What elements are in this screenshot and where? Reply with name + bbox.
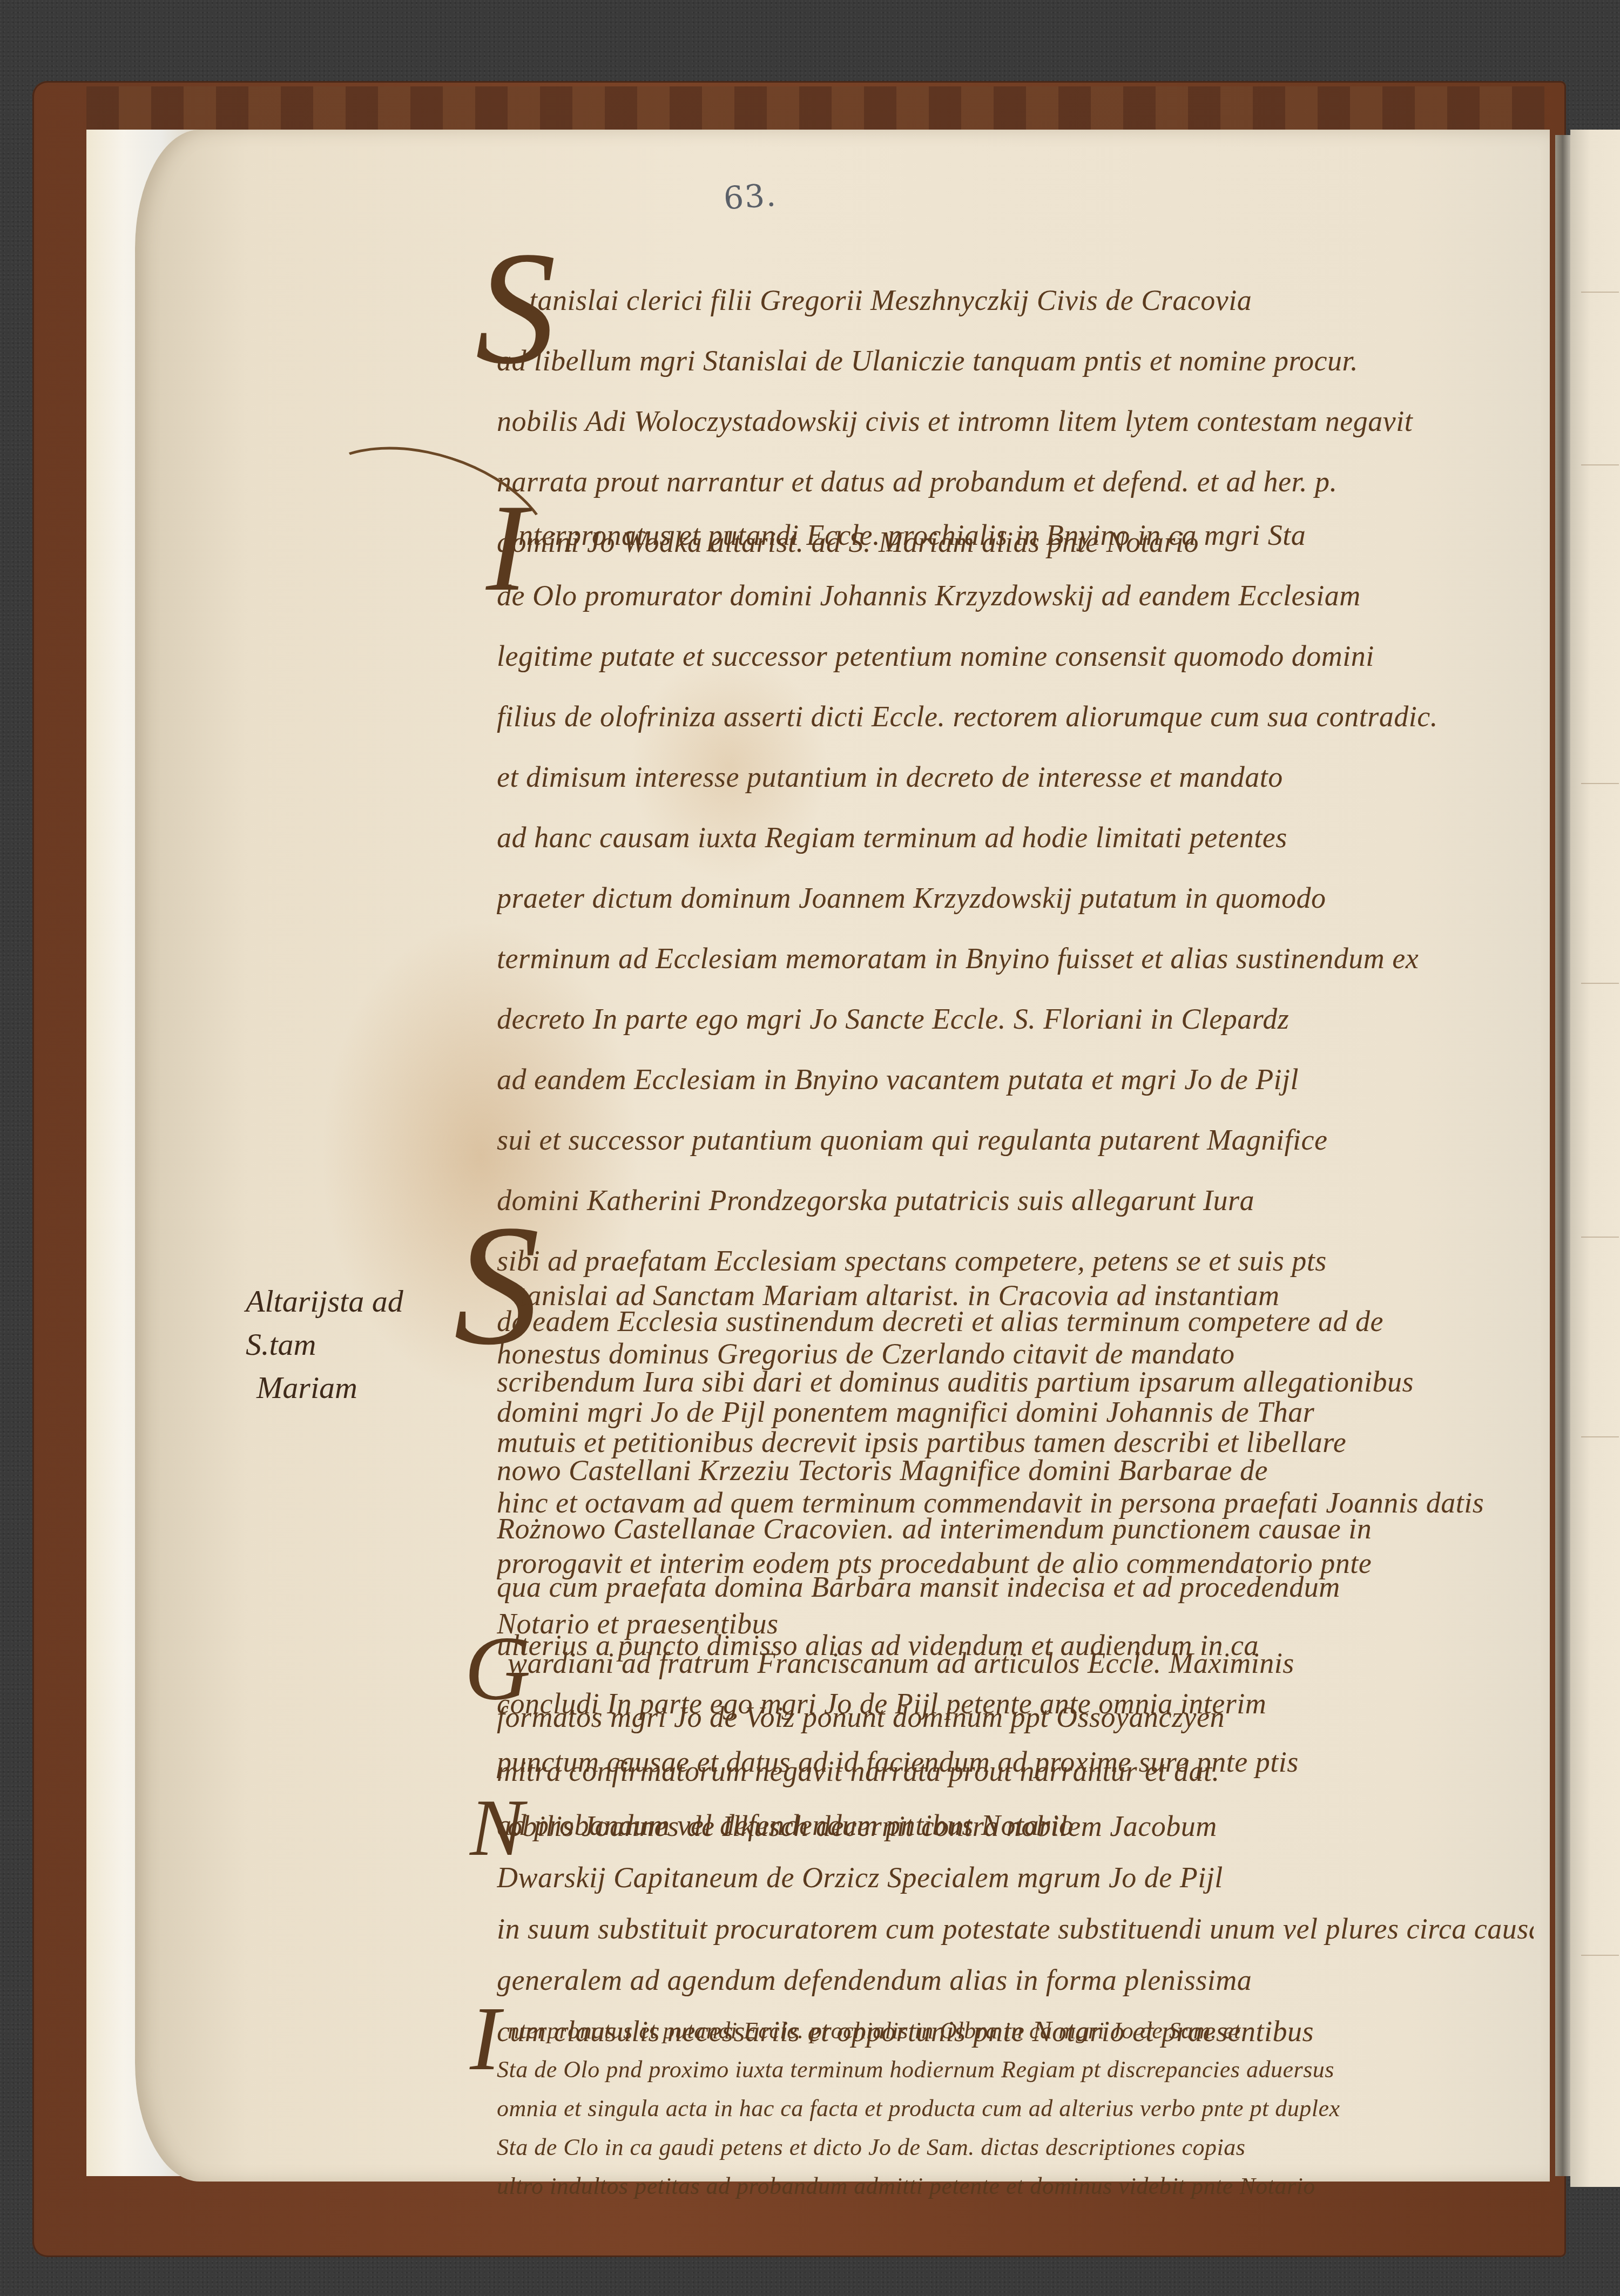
text-line: nterpronatus et putandi Eccle. prochiali… (497, 505, 1534, 565)
folio-number: 63. (723, 177, 778, 217)
text-line: qua cum praefata domina Barbara mansit i… (497, 1558, 1534, 1616)
decorated-initial: I (470, 1993, 501, 2084)
bleed-through-stroke (1581, 983, 1619, 984)
text-line: omnia et singula acta in hac ca facta et… (497, 2089, 1534, 2128)
text-line: Sta de Clo in ca gaudi petens et dicto J… (497, 2128, 1534, 2167)
text-line: tanislai clerici filii Gregorii Meszhnyc… (497, 270, 1534, 330)
bleed-through-stroke (1581, 1955, 1619, 1956)
text-line: nterpronatus et putandi Eccle. prochiali… (497, 2011, 1534, 2050)
text-line: nobilis Adi Woloczystadowskij civis et i… (497, 391, 1534, 451)
paragraph-6: nterpronatus et putandi Eccle. prochiali… (497, 2011, 1534, 2206)
text-line: tanislai ad Sanctam Mariam altarist. in … (497, 1266, 1534, 1325)
text-line: domini Katherini Prondzegorska putatrici… (497, 1170, 1534, 1231)
text-line: mitra confirmatorum negavit narrata prou… (497, 1744, 1534, 1798)
text-line: generalem ad agendum defendendum alias i… (497, 1955, 1534, 2006)
text-line: wardiani ad fratrum Franciscanum ad arti… (497, 1636, 1534, 1690)
text-line: decreto In parte ego mgri Jo Sancte Eccl… (497, 989, 1534, 1049)
text-line: Rożnowo Castellanae Cracovien. ad interi… (497, 1500, 1534, 1558)
text-line: obilis Joannes de Ilkusch decernit contr… (497, 1801, 1534, 1852)
text-line: ad hanc causam iuxta Regiam terminum ad … (497, 807, 1534, 868)
text-line: sui et successor putantium quoniam qui r… (497, 1110, 1534, 1170)
text-line: nowo Castellani Krzeziu Tectoris Magnifi… (497, 1441, 1534, 1500)
bleed-through-stroke (1581, 1237, 1619, 1238)
text-line: Dwarskij Capitaneum de Orzicz Specialem … (497, 1852, 1534, 1903)
text-line: ad eandem Ecclesiam in Bnyino vacantem p… (497, 1049, 1534, 1110)
text-line: honestus dominus Gregorius de Czerlando … (497, 1325, 1534, 1383)
blind-tooled-border (86, 86, 1544, 132)
text-line: narrata prout narrantur et datus ad prob… (497, 451, 1534, 512)
bleed-through-stroke (1581, 1436, 1619, 1437)
margin-note-line: Mariam (246, 1366, 418, 1409)
text-line: legitime putate et successor petentium n… (497, 626, 1534, 686)
text-line: de Olo promurator domini Johannis Krzyzd… (497, 565, 1534, 626)
text-line: et dimisum interesse putantium in decret… (497, 747, 1534, 807)
bleed-through-stroke (1581, 464, 1619, 465)
facing-page-edge (1570, 130, 1620, 2187)
bleed-through-stroke (1581, 292, 1619, 293)
text-line: Sta de Olo pnd proximo iuxta terminum ho… (497, 2050, 1534, 2089)
text-line: terminum ad Ecclesiam memoratam in Bnyin… (497, 928, 1534, 989)
gutter (1555, 135, 1570, 2176)
text-line: ultro indultos petitas ad probandum admi… (497, 2167, 1534, 2206)
text-line: filius de olofriniza asserti dicti Eccle… (497, 686, 1534, 747)
bleed-through-stroke (1581, 783, 1619, 784)
margin-note-line: Altarijsta ad S.tam (246, 1280, 418, 1366)
text-line: domini mgri Jo de Pijl ponentem magnific… (497, 1383, 1534, 1441)
text-line: ad libellum mgri Stanislai de Ulaniczie … (497, 330, 1534, 391)
text-line: formatos mgri Jo de Voiz ponunt dominum … (497, 1690, 1534, 1744)
margin-note: Altarijsta ad S.tam Mariam (246, 1280, 418, 1409)
text-line: praeter dictum dominum Joannem Krzyzdows… (497, 868, 1534, 928)
text-line: in suum substituit procuratorem cum pote… (497, 1903, 1534, 1955)
